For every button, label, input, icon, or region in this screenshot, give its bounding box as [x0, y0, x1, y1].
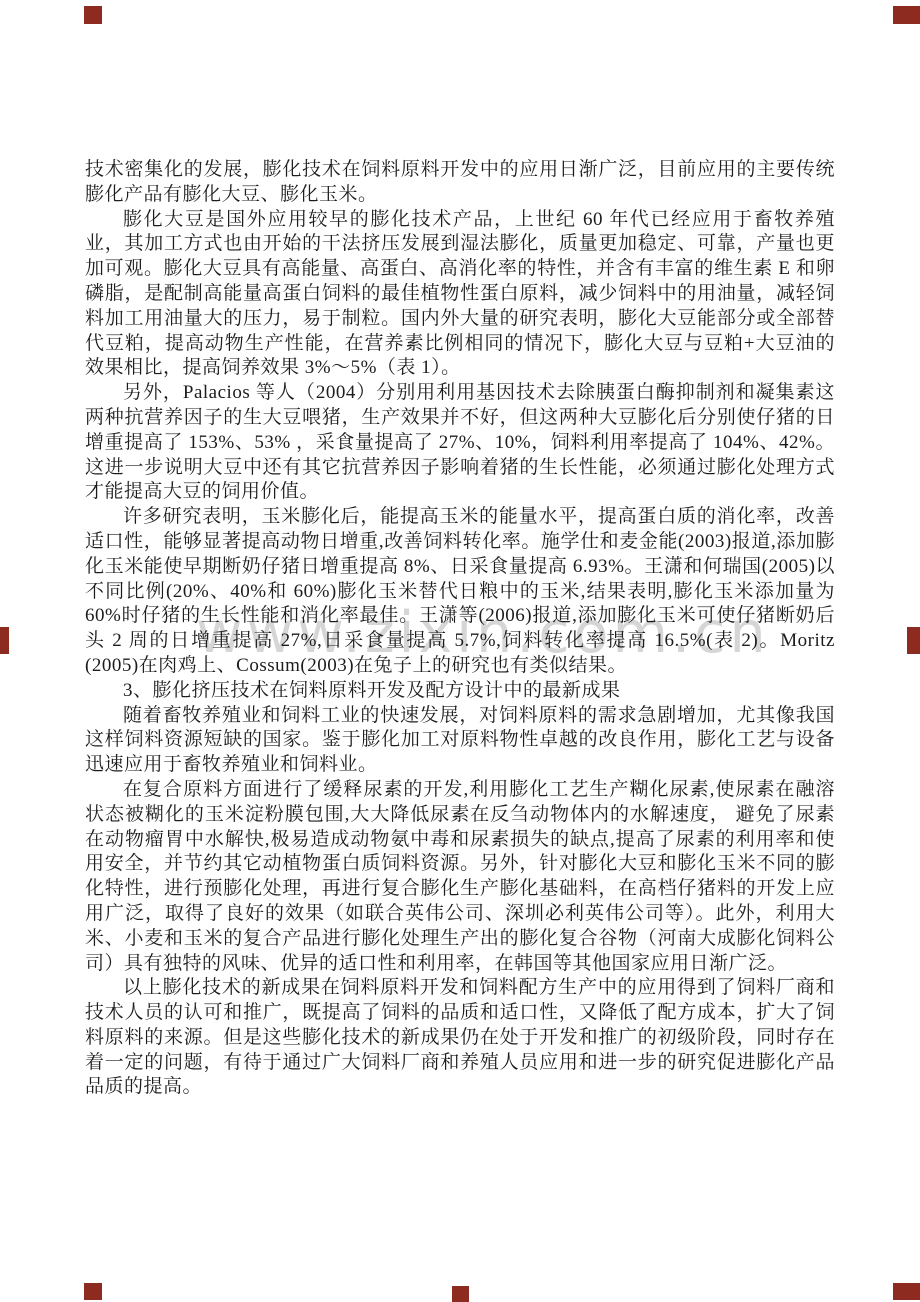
crop-mark-middle-left — [0, 627, 9, 654]
crop-mark-top-left — [84, 6, 102, 24]
paragraph: 随着畜牧养殖业和饲料工业的快速发展，对饲料原料的需求急剧增加，尤其像我国这样饲料… — [85, 704, 835, 778]
section-heading: 3、膨化挤压技术在饲料原料开发及配方设计中的最新成果 — [85, 679, 835, 704]
document-body: 技术密集化的发展，膨化技术在饲料原料开发中的应用日渐广泛，目前应用的主要传统膨化… — [85, 158, 835, 1100]
paragraph: 技术密集化的发展，膨化技术在饲料原料开发中的应用日渐广泛，目前应用的主要传统膨化… — [85, 158, 835, 208]
paragraph: 膨化大豆是国外应用较早的膨化技术产品，上世纪 60 年代已经应用于畜牧养殖业，其… — [85, 208, 835, 382]
paragraph: 另外，Palacios 等人（2004）分别用利用基因技术去除胰蛋白酶抑制剂和凝… — [85, 381, 835, 505]
paragraph: 在复合原料方面进行了缓释尿素的开发,利用膨化工艺生产糊化尿素,使尿素在融溶状态被… — [85, 778, 835, 976]
crop-mark-top-right — [893, 6, 920, 24]
crop-mark-bottom-right — [893, 1283, 920, 1300]
crop-mark-bottom-left — [84, 1283, 102, 1300]
crop-mark-bottom-center — [452, 1286, 469, 1302]
crop-mark-middle-right — [907, 627, 920, 654]
paragraph: 以上膨化技术的新成果在饲料原料开发和饲料配方生产中的应用得到了饲料厂商和技术人员… — [85, 976, 835, 1100]
paragraph: 许多研究表明，玉米膨化后，能提高玉米的能量水平，提高蛋白质的消化率，改善适口性，… — [85, 505, 835, 679]
document-page: www.zixin.com.cn 技术密集化的发展，膨化技术在饲料原料开发中的应… — [0, 0, 920, 1302]
